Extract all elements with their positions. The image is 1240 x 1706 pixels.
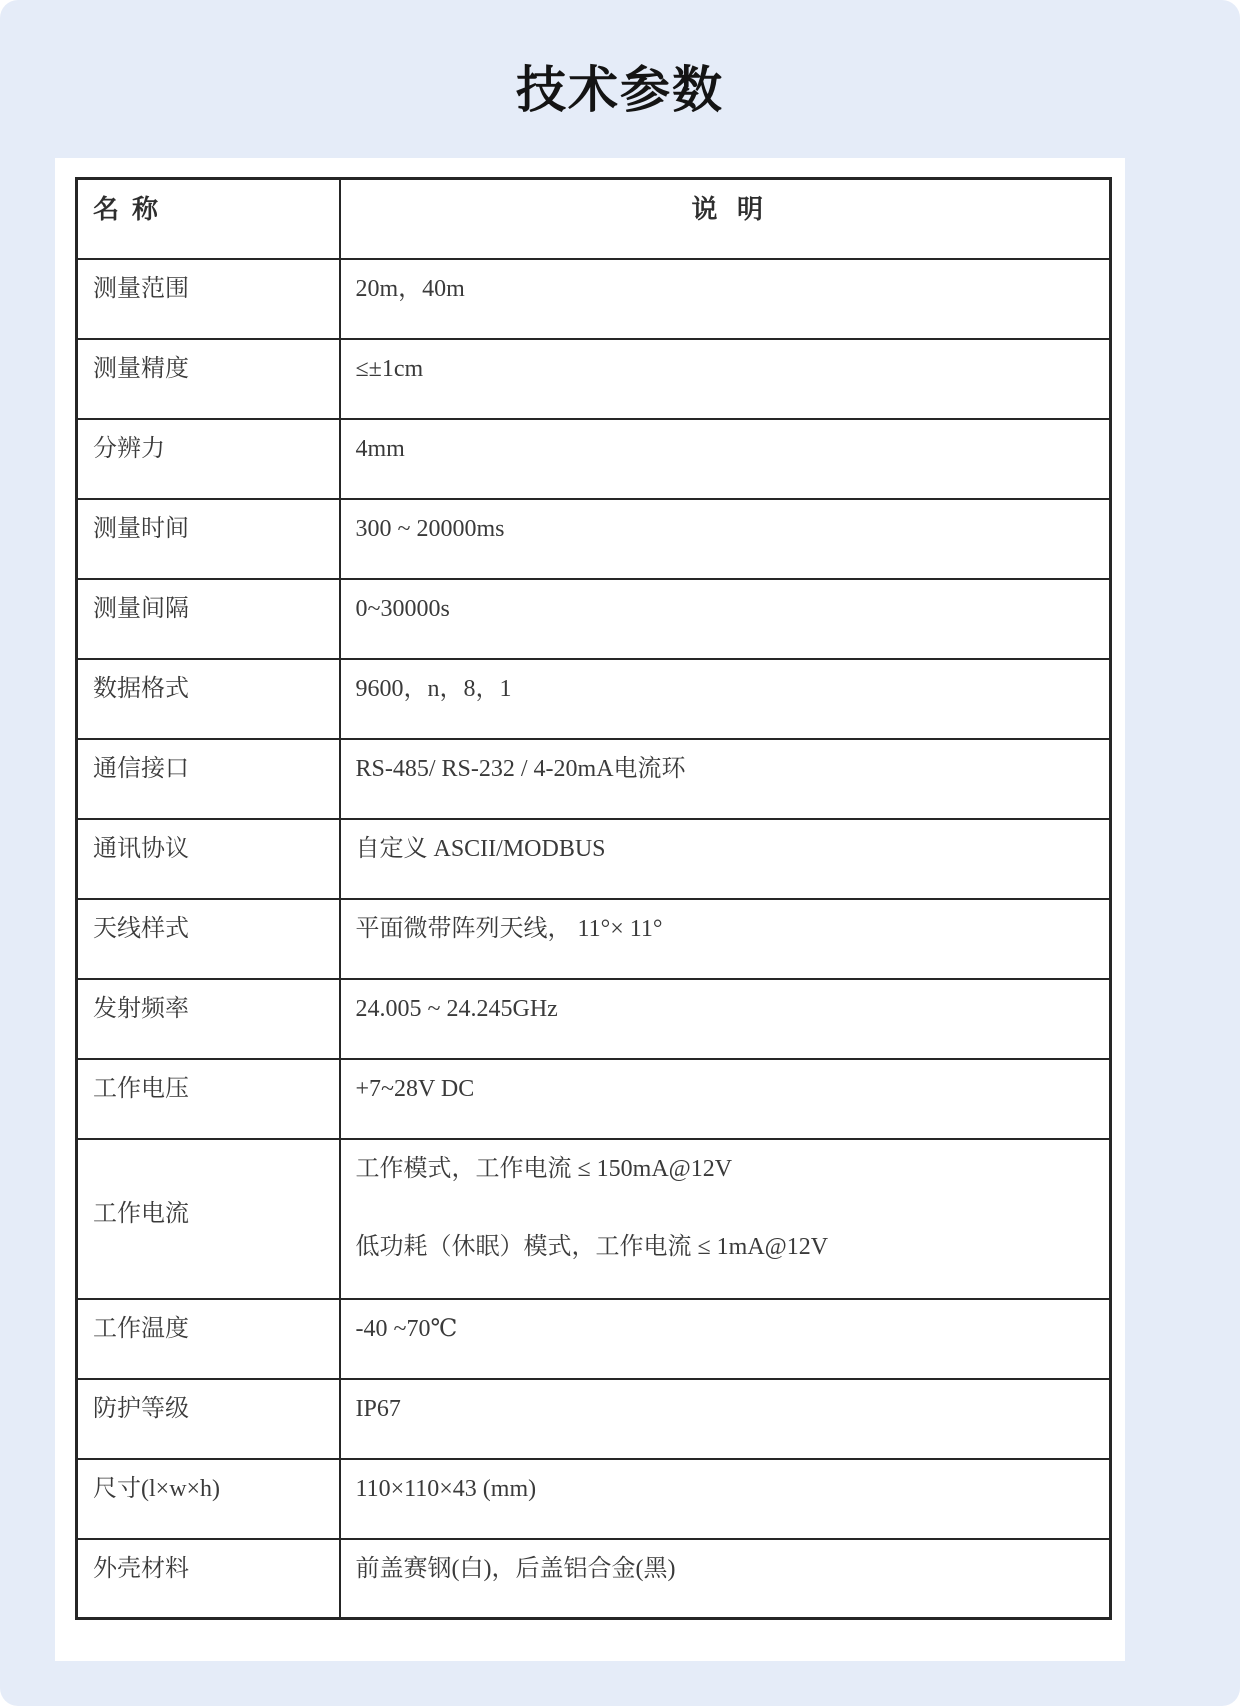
table-row: 分辨力 4mm xyxy=(77,419,1111,499)
table-row: 测量范围 20m，40m xyxy=(77,259,1111,339)
page-title: 技术参数 xyxy=(0,50,1240,122)
spec-name: 尺寸(l×w×h) xyxy=(77,1459,340,1539)
spec-name: 工作电流 xyxy=(77,1139,340,1299)
spec-sheet-page: 技术参数 名 称 说 明 测量范围 20m，40m 测量精度 ≤±1cm 分辨力… xyxy=(0,0,1240,1706)
table-row-working-current: 工作电流 工作模式，工作电流 ≤ 150mA@12V 低功耗（休眠）模式，工作电… xyxy=(77,1139,1111,1299)
spec-table-panel: 名 称 说 明 测量范围 20m，40m 测量精度 ≤±1cm 分辨力 4mm … xyxy=(55,158,1125,1661)
spec-value: 20m，40m xyxy=(340,259,1111,339)
table-row: 测量间隔 0~30000s xyxy=(77,579,1111,659)
spec-name: 测量范围 xyxy=(77,259,340,339)
spec-value-line-1: 工作模式，工作电流 ≤ 150mA@12V xyxy=(356,1154,1100,1184)
spec-value: 自定义 ASCII/MODBUS xyxy=(340,819,1111,899)
header-name: 名 称 xyxy=(77,179,340,259)
spec-value: 4mm xyxy=(340,419,1111,499)
spec-value: 300 ~ 20000ms xyxy=(340,499,1111,579)
spec-value: +7~28V DC xyxy=(340,1059,1111,1139)
table-row: 数据格式 9600，n，8，1 xyxy=(77,659,1111,739)
table-row: 通讯协议 自定义 ASCII/MODBUS xyxy=(77,819,1111,899)
spec-value: -40 ~70℃ xyxy=(340,1299,1111,1379)
spec-value: 9600，n，8，1 xyxy=(340,659,1111,739)
spec-name: 分辨力 xyxy=(77,419,340,499)
spec-name: 测量间隔 xyxy=(77,579,340,659)
spec-name: 外壳材料 xyxy=(77,1539,340,1619)
spec-name: 通信接口 xyxy=(77,739,340,819)
spec-value-line-2: 低功耗（休眠）模式，工作电流 ≤ 1mA@12V xyxy=(356,1232,1100,1262)
spec-value: 平面微带阵列天线， 11°× 11° xyxy=(340,899,1111,979)
spec-name: 发射频率 xyxy=(77,979,340,1059)
spec-table: 名 称 说 明 测量范围 20m，40m 测量精度 ≤±1cm 分辨力 4mm … xyxy=(75,177,1112,1620)
table-row: 工作温度 -40 ~70℃ xyxy=(77,1299,1111,1379)
table-row: 测量精度 ≤±1cm xyxy=(77,339,1111,419)
spec-value: 24.005 ~ 24.245GHz xyxy=(340,979,1111,1059)
table-row: 发射频率 24.005 ~ 24.245GHz xyxy=(77,979,1111,1059)
table-row: 天线样式 平面微带阵列天线， 11°× 11° xyxy=(77,899,1111,979)
spec-name: 测量时间 xyxy=(77,499,340,579)
table-row: 工作电压 +7~28V DC xyxy=(77,1059,1111,1139)
table-row: 通信接口 RS-485/ RS-232 / 4-20mA电流环 xyxy=(77,739,1111,819)
table-row: 防护等级 IP67 xyxy=(77,1379,1111,1459)
spec-name: 数据格式 xyxy=(77,659,340,739)
spec-name: 通讯协议 xyxy=(77,819,340,899)
spec-name: 天线样式 xyxy=(77,899,340,979)
table-row: 测量时间 300 ~ 20000ms xyxy=(77,499,1111,579)
spec-value: ≤±1cm xyxy=(340,339,1111,419)
header-description: 说 明 xyxy=(340,179,1111,259)
spec-value: 0~30000s xyxy=(340,579,1111,659)
table-header-row: 名 称 说 明 xyxy=(77,179,1111,259)
spec-value: 工作模式，工作电流 ≤ 150mA@12V 低功耗（休眠）模式，工作电流 ≤ 1… xyxy=(340,1139,1111,1299)
spec-name: 工作电压 xyxy=(77,1059,340,1139)
spec-value: IP67 xyxy=(340,1379,1111,1459)
table-row: 外壳材料 前盖赛钢(白)，后盖铝合金(黑) xyxy=(77,1539,1111,1619)
spec-name: 防护等级 xyxy=(77,1379,340,1459)
spec-value: 前盖赛钢(白)，后盖铝合金(黑) xyxy=(340,1539,1111,1619)
table-row: 尺寸(l×w×h) 110×110×43 (mm) xyxy=(77,1459,1111,1539)
spec-value: RS-485/ RS-232 / 4-20mA电流环 xyxy=(340,739,1111,819)
spec-value: 110×110×43 (mm) xyxy=(340,1459,1111,1539)
spec-name: 测量精度 xyxy=(77,339,340,419)
spec-name: 工作温度 xyxy=(77,1299,340,1379)
